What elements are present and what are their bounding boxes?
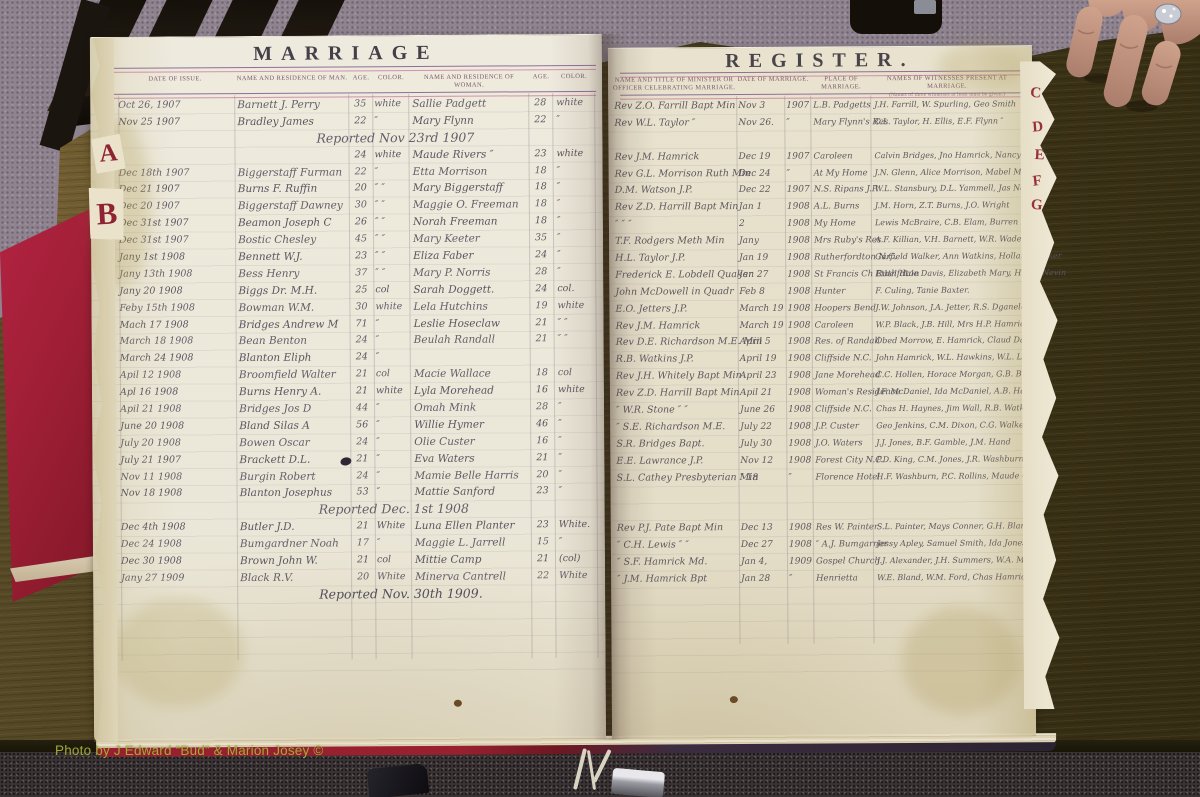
woman-color: (col) xyxy=(559,551,599,568)
ring-sparkle xyxy=(1162,9,1166,13)
woman-name: Lyla Morehead xyxy=(414,383,494,400)
witnesses: J.W. Johnson, J.A. Jetter, R.S. Dganelen xyxy=(875,299,1025,317)
minister-name: E.E. Lawrance J.P. xyxy=(616,453,740,471)
woman-color: ″ xyxy=(556,112,596,129)
marriage-place: Cliffside N.C. xyxy=(815,401,875,418)
witnesses xyxy=(877,586,1027,604)
woman-age: 24 xyxy=(529,281,553,298)
marriage-place: Caroleen xyxy=(815,317,875,334)
marriage-place xyxy=(816,486,876,503)
marriage-date: Dec 22 xyxy=(739,182,785,199)
marriage-place: Rutherfordton N.C. xyxy=(814,249,874,266)
man-color: col xyxy=(377,552,411,569)
man-name: Bostic Chesley xyxy=(238,232,316,249)
minister-name: Rev D.E. Richardson M.E. Min xyxy=(616,334,740,352)
witnesses: Jessy Apley, Samuel Smith, Ida Jones xyxy=(877,535,1027,553)
witnesses: J.M. Horn, Z.T. Burns, J.O. Wright xyxy=(875,198,1025,216)
woman-color: ″ xyxy=(557,196,597,213)
minister-name: Rev Z.O. Farrill Bapt Min xyxy=(614,98,738,116)
man-color: ″ xyxy=(376,468,410,485)
marriage-date: Jan 4, xyxy=(741,554,787,571)
reported-note: Reported Dec. 1st 1908 xyxy=(319,501,469,519)
marriage-year: ″ xyxy=(787,165,811,182)
man-age: 21 xyxy=(350,451,374,468)
alphabet-tab: G xyxy=(1030,197,1043,215)
reported-note: Reported Nov 23rd 1907 xyxy=(316,129,474,147)
woman-name: Mattie Sanford xyxy=(415,484,496,501)
date-of-issue: Dec 24 1908 xyxy=(121,536,235,554)
woman-name: Mittie Camp xyxy=(415,552,482,569)
marriage-place: Res W. Painter xyxy=(816,519,876,536)
man-age: 17 xyxy=(351,535,375,552)
marriage-year: 1908 xyxy=(787,216,811,233)
marriage-place: J.O. Waters xyxy=(815,435,875,452)
date-of-issue: Jany 20 1908 xyxy=(119,283,233,301)
marriage-date: March 19 xyxy=(740,317,786,334)
ring-finger xyxy=(1139,38,1184,109)
woman-age: 35 xyxy=(529,230,553,247)
woman-color: col xyxy=(558,365,598,382)
marriage-place: Hoopers Bend xyxy=(814,300,874,317)
man-color: ″ xyxy=(374,113,408,130)
binding-threads xyxy=(568,748,622,796)
witnesses: Geo Jenkins, C.M. Dixon, C.G. Walker xyxy=(876,417,1026,435)
marriage-date: 2 xyxy=(739,216,785,233)
ring-sparkle xyxy=(1169,14,1172,17)
table-leg-dark xyxy=(367,763,430,797)
witnesses: J.H. Farrill, W. Spurling, Geo Smith xyxy=(874,96,1024,114)
marriage-year: 1908 xyxy=(789,520,813,537)
man-color: ″ ″ xyxy=(375,197,409,214)
marriage-place: St Francis Ch Ruthfdton xyxy=(814,266,874,283)
minister-name: E.O. Jetters J.P. xyxy=(615,301,739,319)
marriage-place: Mrs Ruby's Res xyxy=(814,232,874,249)
witnesses: Obed Morrow, E. Hamrick, Claud Damman xyxy=(876,333,1026,351)
woman-color: white xyxy=(556,146,596,163)
woman-age: 22 xyxy=(528,112,552,129)
marriage-place: Cliffside N.C. xyxy=(815,351,875,368)
date-of-issue xyxy=(121,502,235,520)
ring-sparkle xyxy=(1173,8,1176,11)
marriage-place: Res. of Randall xyxy=(815,334,875,351)
marriage-year: ″ xyxy=(786,114,810,131)
marriage-date: June 26 xyxy=(740,402,786,419)
dark-object xyxy=(850,0,942,34)
marriage-date: Nov 3 xyxy=(738,98,784,115)
woman-color xyxy=(559,500,599,517)
woman-age: 15 xyxy=(531,534,555,551)
woman-color: White xyxy=(559,568,599,585)
woman-age: 21 xyxy=(530,332,554,349)
marriage-place: Mary Flynn's Res xyxy=(813,114,873,131)
marriage-date: Jan 27 xyxy=(739,267,785,284)
witnesses: Lewis McBraire, C.B. Elam, Burren Davis xyxy=(875,215,1025,233)
column-header-man: Name and Residence of Man. xyxy=(236,74,348,83)
marriage-date: Nov 12 xyxy=(740,452,786,469)
woman-name: Norah Freeman xyxy=(413,214,498,231)
man-color: ″ xyxy=(376,451,410,468)
marriage-year: ″ xyxy=(789,571,813,588)
marriage-year xyxy=(789,486,813,503)
marriage-date: Jany xyxy=(739,233,785,250)
witnesses: W.E. Bland, W.M. Ford, Chas Hamrick xyxy=(877,569,1027,587)
man-color: ″ ″ xyxy=(375,231,409,248)
man-name: Beamon Joseph C xyxy=(238,215,332,232)
witnesses: Ethel Hale Davis, Elizabeth Mary, Henry … xyxy=(875,265,1025,283)
man-age: 71 xyxy=(350,316,374,333)
man-age: 21 xyxy=(351,552,375,569)
man-age: 30 xyxy=(349,198,373,215)
marriage-place: ″ A.J. Bumgarner xyxy=(816,536,876,553)
witnesses: Garfield Walker, Ann Watkins, Holland Wa… xyxy=(875,248,1025,266)
witnesses-label: Names of Witnesses Present at Marriage. xyxy=(887,74,1007,90)
woman-name: Eva Waters xyxy=(414,450,474,467)
man-name: Bradley James xyxy=(237,114,314,131)
man-color: white xyxy=(374,147,408,164)
register-page: REGISTER. Name and Title of Minister or … xyxy=(608,45,1036,739)
date-of-issue: June 20 1908 xyxy=(120,418,234,436)
marriage-date: Dec 19 xyxy=(738,148,784,165)
woman-name: Willie Hymer xyxy=(414,417,484,434)
date-of-issue: Feby 15th 1908 xyxy=(119,300,233,318)
woman-color: ″ xyxy=(559,534,599,551)
date-of-issue xyxy=(118,148,232,166)
man-color: col xyxy=(375,282,409,299)
woman-age: 16 xyxy=(530,433,554,450)
man-name: Black R.V. xyxy=(240,570,293,587)
woman-color: col. xyxy=(557,281,597,298)
man-name: Blanton Josephus xyxy=(240,485,333,502)
woman-name: Sarah Doggett. xyxy=(413,281,494,298)
man-age: 22 xyxy=(349,164,373,181)
minister-name xyxy=(617,588,741,606)
woman-name: Maude Rivers ″ xyxy=(412,146,493,163)
minister-name: Frederick E. Lobdell Quaker xyxy=(615,267,739,285)
woman-name: Maggie L. Jarrell xyxy=(415,535,506,552)
woman-color: ″ xyxy=(559,483,599,500)
minister-name: Rev Z.D. Harrill Bapt Min xyxy=(615,199,739,217)
woman-age: 21 xyxy=(531,551,555,568)
man-name: Biggerstaff Furman xyxy=(238,164,343,182)
man-color: col xyxy=(376,366,410,383)
minister-name: John McDowell in Quadr xyxy=(615,284,739,302)
marriage-date: Dec 27 xyxy=(741,537,787,554)
date-of-issue xyxy=(118,131,232,149)
woman-name: Etta Morrison xyxy=(413,163,488,180)
marriage-row: Reported Nov. 30th 1909. xyxy=(93,585,605,605)
man-age: 21 xyxy=(350,383,374,400)
minister-name: Rev G.L. Morrison Ruth Min xyxy=(615,166,739,184)
alphabet-tab: B xyxy=(87,186,126,242)
man-name: Bridges Jos D xyxy=(239,401,311,418)
marriage-entries: Oct 26, 1907 Barnett J. Perry 35 white S… xyxy=(90,95,606,673)
marriage-year: 1908 xyxy=(788,435,812,452)
woman-age: 23 xyxy=(531,484,555,501)
woman-color: ″ xyxy=(557,179,597,196)
man-age: 56 xyxy=(350,417,374,434)
man-age: 22 xyxy=(348,113,372,130)
date-of-issue: Apl 16 1908 xyxy=(120,384,234,402)
date-of-issue: Dec 4th 1908 xyxy=(121,519,235,537)
woman-age: 19 xyxy=(529,298,553,315)
marriage-date: Dec 24 xyxy=(739,165,785,182)
woman-color xyxy=(559,585,599,602)
woman-color: ″ xyxy=(558,450,598,467)
witnesses xyxy=(877,502,1027,520)
register-row xyxy=(611,586,1035,605)
man-age: 21 xyxy=(351,519,375,536)
witnesses: C.C. Hollen, Horace Morgan, G.B. Burnin xyxy=(876,367,1026,385)
woman-color: ″ xyxy=(557,264,597,281)
witnesses xyxy=(874,130,1024,148)
marriage-date: March 19 xyxy=(739,300,785,317)
man-color: ″ xyxy=(376,417,410,434)
witnesses: J.N. Glenn, Alice Morrison, Mabel Morris… xyxy=(875,164,1025,182)
column-header-woman: Name and Residence of Woman. xyxy=(410,73,528,91)
marriage-place: My Home xyxy=(814,215,874,232)
witnesses: W.P. Black, J.B. Hill, Mrs H.P. Hamrick xyxy=(876,316,1026,334)
man-name: Bumgardner Noah xyxy=(240,536,339,553)
man-color: ″ xyxy=(375,164,409,181)
minister-name: ″ W.R. Stone ″ ″ xyxy=(616,402,740,420)
date-of-issue: March 18 1908 xyxy=(120,334,234,352)
man-name: Burns F. Ruffin xyxy=(238,181,318,198)
marriage-place: Florence Hotel xyxy=(815,469,875,486)
marriage-year: 1908 xyxy=(788,385,812,402)
marriage-date xyxy=(741,588,787,605)
woman-color: ″ xyxy=(557,213,597,230)
woman-color: ″ xyxy=(557,230,597,247)
woman-age: 16 xyxy=(530,382,554,399)
marriage-date: April 5 xyxy=(740,334,786,351)
marriage-place: Forest City N.C. xyxy=(815,452,875,469)
woman-age: 20 xyxy=(530,467,554,484)
man-name: Butler J.D. xyxy=(240,519,295,536)
marriage-year: 1908 xyxy=(788,334,812,351)
date-of-issue: Jany 27 1909 xyxy=(121,570,235,588)
woman-age: 18 xyxy=(529,163,553,180)
minister-name: ″ C.H. Lewis ″ ″ xyxy=(617,537,741,555)
man-color: ″ xyxy=(377,535,411,552)
marriage-date xyxy=(738,132,784,149)
marriage-place: Jane Morehead xyxy=(815,367,875,384)
date-of-issue: March 24 1908 xyxy=(120,350,234,368)
man-color: white xyxy=(374,96,408,113)
man-name: Biggs Dr. M.H. xyxy=(238,282,317,299)
man-age: 24 xyxy=(348,147,372,164)
marriage-year: 1908 xyxy=(787,266,811,283)
woman-age: 28 xyxy=(529,264,553,281)
witnesses: S.L. Painter, Mays Conner, G.H. Blanton xyxy=(877,519,1027,537)
woman-color: ″ xyxy=(557,247,597,264)
woman-age: 18 xyxy=(529,213,553,230)
witnesses: J.F. McDaniel, Ida McDaniel, A.B. Harril… xyxy=(876,383,1026,401)
marriage-year: 1908 xyxy=(788,402,812,419)
marriage-date xyxy=(741,503,787,520)
marriage-year: 1908 xyxy=(788,351,812,368)
date-of-issue: July 20 1908 xyxy=(120,435,234,453)
woman-age: 18 xyxy=(529,197,553,214)
column-header-place: Place of Marriage. xyxy=(810,75,872,92)
man-age: 20 xyxy=(351,569,375,586)
man-color: ″ ″ xyxy=(375,265,409,282)
woman-color: ″ xyxy=(558,399,598,416)
marriage-year: 1908 xyxy=(788,317,812,334)
woman-name: Mary P. Norris xyxy=(413,264,490,281)
marriage-date: April 19 xyxy=(740,351,786,368)
marriage-year: ″ xyxy=(788,469,812,486)
man-name: Brown John W. xyxy=(240,553,318,570)
woman-name: Luna Ellen Planter xyxy=(415,518,515,535)
man-age: 30 xyxy=(349,299,373,316)
man-name: Burgin Robert xyxy=(239,468,315,485)
man-name: Bowman W.M. xyxy=(238,299,314,316)
marriage-date: ″ 18 xyxy=(740,469,786,486)
man-name: Bean Benton xyxy=(239,333,307,350)
man-age: 25 xyxy=(349,282,373,299)
man-color: ″ xyxy=(376,316,410,333)
date-of-issue: Mach 17 1908 xyxy=(120,317,234,335)
woman-color xyxy=(556,129,596,146)
man-name: Bess Henry xyxy=(238,266,299,283)
minister-name: H.L. Taylor J.P. xyxy=(615,250,739,268)
date-of-issue: Nov 11 1908 xyxy=(120,469,234,487)
minister-name: S.L. Cathey Presbyterian Min xyxy=(616,470,740,488)
marriage-year: 1907 xyxy=(786,98,810,115)
column-header-minister: Name and Title of Minister or Officer Ce… xyxy=(612,76,736,94)
marriage-place xyxy=(813,131,873,148)
marriage-place: Woman's Residence xyxy=(815,384,875,401)
man-age: 45 xyxy=(349,231,373,248)
minister-name xyxy=(614,132,738,150)
date-of-issue: Apil 21 1908 xyxy=(120,401,234,419)
column-header-color: Color. xyxy=(372,74,410,83)
marriage-date: Jan 19 xyxy=(739,250,785,267)
marriage-year: 1908 xyxy=(788,368,812,385)
woman-color: white xyxy=(558,382,598,399)
ring xyxy=(1155,4,1181,24)
open-register-book: MARRIAGE Date of Issue. Name and Residen… xyxy=(84,31,1078,759)
man-age: 35 xyxy=(348,96,372,113)
marriage-date xyxy=(741,486,787,503)
marriage-date: Jan 28 xyxy=(741,571,787,588)
man-age: 20 xyxy=(349,181,373,198)
date-of-issue: Dec 18th 1907 xyxy=(119,165,233,183)
woman-age: 18 xyxy=(530,365,554,382)
man-age: 24 xyxy=(350,333,374,350)
man-color: ″ xyxy=(377,485,411,502)
marriage-year: 1909 xyxy=(789,554,813,571)
woman-age: 18 xyxy=(529,180,553,197)
woman-age: 28 xyxy=(528,95,552,112)
minister-name: ″ S.F. Hamrick Md. xyxy=(617,554,741,572)
man-name: Biggerstaff Dawney xyxy=(238,198,343,216)
man-color: ″ xyxy=(376,333,410,350)
man-name: Broomfield Walter xyxy=(239,367,336,384)
woman-age xyxy=(530,349,554,366)
date-of-issue: Oct 26, 1907 xyxy=(118,97,232,115)
alphabet-tab: E xyxy=(1034,147,1045,164)
man-age: 24 xyxy=(350,468,374,485)
marriage-page: MARRIAGE Date of Issue. Name and Residen… xyxy=(90,34,606,742)
minister-name: D.M. Watson J.P. xyxy=(615,182,739,200)
man-name: Blanton Eliph xyxy=(239,350,312,367)
man-name: Bridges Andrew M xyxy=(239,316,339,334)
marriage-place: J.P. Custer xyxy=(815,418,875,435)
marriage-year: 1908 xyxy=(787,250,811,267)
marriage-year: 1908 xyxy=(788,419,812,436)
woman-name: Mary Flynn xyxy=(412,113,474,130)
page-title-marriage: MARRIAGE xyxy=(90,41,602,67)
marriage-place xyxy=(816,587,876,604)
man-name: Bowen Oscar xyxy=(239,434,310,451)
woman-age: 46 xyxy=(530,416,554,433)
man-name: Bennett W.J. xyxy=(238,249,303,266)
witnesses: C.L. Taylor, H. Ellis, E.F. Flynn ″ xyxy=(874,113,1024,131)
date-of-issue: Nov 18 1908 xyxy=(121,486,235,504)
marriage-place: Caroleen xyxy=(813,148,873,165)
date-of-issue: Dec 31st 1907 xyxy=(119,215,233,233)
photographer-watermark: Photo by J Edward “Bud” & Marion Josey © xyxy=(55,743,324,758)
index-finger xyxy=(1064,4,1106,80)
marriage-year xyxy=(786,131,810,148)
marriage-date: Jan 1 xyxy=(739,199,785,216)
marriage-year: 1908 xyxy=(787,233,811,250)
woman-color: white xyxy=(557,298,597,315)
date-of-issue: Nov 25 1907 xyxy=(118,114,232,132)
marriage-year xyxy=(789,503,813,520)
minister-name: Rev Z.D. Harrill Bapt Min xyxy=(616,385,740,403)
witnesses: J.J. Jones, B.F. Gamble, J.M. Hand xyxy=(876,434,1026,452)
woman-color: White. xyxy=(559,517,599,534)
woman-age xyxy=(528,129,552,146)
man-name: Bland Silas A xyxy=(239,418,310,435)
date-of-issue: Dec 31st 1907 xyxy=(119,232,233,250)
minister-name: ″ J.M. Hamrick Bpt xyxy=(617,571,741,589)
minister-name xyxy=(617,503,741,521)
woman-name: Olie Custer xyxy=(414,433,475,450)
marriage-year: 1907 xyxy=(786,148,810,165)
woman-age: 28 xyxy=(530,399,554,416)
marriage-place: L.B. Padgetts xyxy=(813,97,873,114)
minister-name: T.F. Rodgers Meth Min xyxy=(615,233,739,251)
minister-name: ″ S.E. Richardson M.E. xyxy=(616,419,740,437)
minister-name xyxy=(617,487,741,505)
marriage-date: April 23 xyxy=(740,368,786,385)
woman-name: Macie Wallace xyxy=(414,366,491,383)
witnesses: A.F. Killian, V.H. Barnett, W.R. Wadelin xyxy=(875,231,1025,249)
minister-name: R.B. Watkins J.P. xyxy=(616,351,740,369)
woman-name: Leslie Hoseclaw xyxy=(414,315,501,332)
man-age: 26 xyxy=(349,215,373,232)
alphabet-tab: F xyxy=(1032,173,1043,191)
woman-name: Maggie O. Freeman xyxy=(413,197,519,215)
date-of-issue: Jany 13th 1908 xyxy=(119,266,233,284)
man-name: Burns Henry A. xyxy=(239,384,321,401)
woman-age: 24 xyxy=(529,247,553,264)
date-of-issue: Dec 30 1908 xyxy=(121,553,235,571)
woman-age: 21 xyxy=(530,315,554,332)
minister-name: Rev P.J. Pate Bapt Min xyxy=(617,520,741,538)
witnesses xyxy=(877,485,1027,503)
marriage-year: 1908 xyxy=(787,283,811,300)
date-of-issue: Dec 20 1907 xyxy=(119,198,233,216)
minister-name: Rev J.H. Whitely Bapt Min xyxy=(616,368,740,386)
man-color: white xyxy=(375,299,409,316)
date-of-issue xyxy=(121,587,235,605)
marriage-place xyxy=(816,503,876,520)
marriage-date: Nov 26. xyxy=(738,115,784,132)
